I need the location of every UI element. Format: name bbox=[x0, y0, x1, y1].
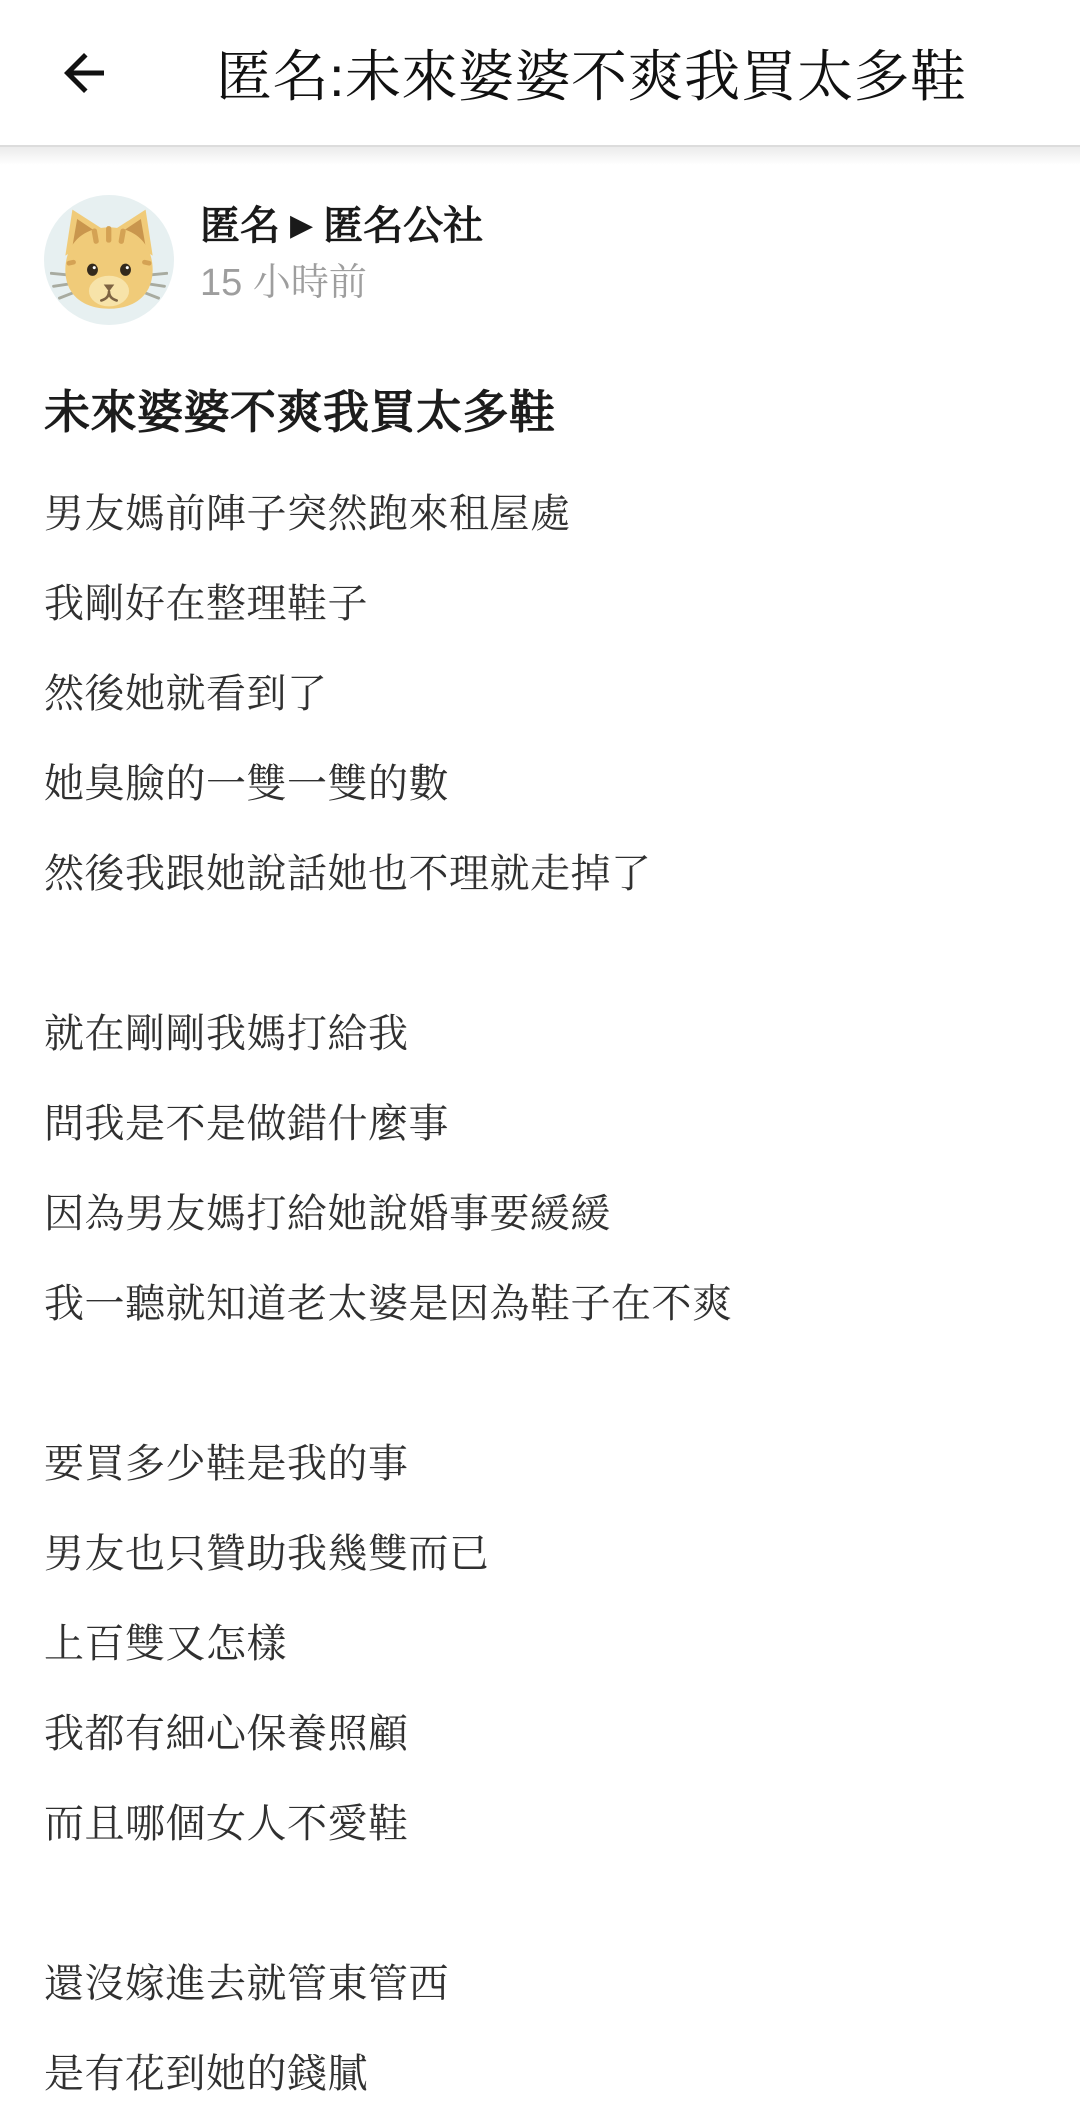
body-line: 因為男友媽打給她說婚事要緩緩 bbox=[44, 1169, 1036, 1259]
body-line: 就在剛剛我媽打給我 bbox=[44, 989, 1036, 1079]
author-name: 匿名 bbox=[200, 199, 280, 253]
body-line: 我一聽就知道老太婆是因為鞋子在不爽 bbox=[44, 1259, 1036, 1349]
breadcrumb-triangle-icon: ▶ bbox=[290, 199, 313, 253]
body-line: 男友媽前陣子突然跑來租屋處 bbox=[44, 469, 1036, 559]
body-line: 我都有細心保養照顧 bbox=[44, 1689, 1036, 1779]
paragraph: 要買多少鞋是我的事男友也只贊助我幾雙而已上百雙又怎樣我都有細心保養照顧而且哪個女… bbox=[44, 1419, 1036, 1869]
body-line: 男友也只贊助我幾雙而已 bbox=[44, 1509, 1036, 1599]
paragraph: 男友媽前陣子突然跑來租屋處我剛好在整理鞋子然後她就看到了她臭臉的一雙一雙的數然後… bbox=[44, 469, 1036, 919]
back-arrow-icon bbox=[54, 43, 114, 103]
body-line: 問我是不是做錯什麼事 bbox=[44, 1079, 1036, 1169]
avatar bbox=[44, 195, 174, 325]
post-body: 男友媽前陣子突然跑來租屋處我剛好在整理鞋子然後她就看到了她臭臉的一雙一雙的數然後… bbox=[44, 469, 1036, 2116]
body-line: 她臭臉的一雙一雙的數 bbox=[44, 739, 1036, 829]
app-bar: 匿名:未來婆婆不爽我買太多鞋 bbox=[0, 0, 1080, 147]
body-line: 上百雙又怎樣 bbox=[44, 1599, 1036, 1689]
post: 匿名 ▶ 匿名公社 15 小時前 未來婆婆不爽我買太多鞋 男友媽前陣子突然跑來租… bbox=[0, 165, 1080, 2116]
body-line: 我剛好在整理鞋子 bbox=[44, 559, 1036, 649]
post-header: 匿名 ▶ 匿名公社 15 小時前 bbox=[0, 165, 1080, 325]
body-line: 要買多少鞋是我的事 bbox=[44, 1419, 1036, 1509]
appbar-shadow bbox=[0, 147, 1080, 165]
page-title: 匿名:未來婆婆不爽我買太多鞋 bbox=[216, 33, 967, 113]
community-name: 匿名公社 bbox=[323, 199, 483, 253]
body-line: 而且哪個女人不愛鞋 bbox=[44, 1779, 1036, 1869]
author-community-line[interactable]: 匿名 ▶ 匿名公社 bbox=[200, 199, 483, 253]
post-meta: 匿名 ▶ 匿名公社 15 小時前 bbox=[200, 195, 483, 307]
back-button[interactable] bbox=[52, 41, 116, 105]
cat-face-icon bbox=[50, 199, 168, 325]
body-line: 是有花到她的錢膩 bbox=[44, 2029, 1036, 2116]
post-title: 未來婆婆不爽我買太多鞋 bbox=[44, 381, 1036, 443]
body-line: 還沒嫁進去就管東管西 bbox=[44, 1939, 1036, 2029]
body-line: 然後我跟她說話她也不理就走掉了 bbox=[44, 829, 1036, 919]
body-line: 然後她就看到了 bbox=[44, 649, 1036, 739]
paragraph: 還沒嫁進去就管東管西是有花到她的錢膩 bbox=[44, 1939, 1036, 2116]
post-timestamp: 15 小時前 bbox=[200, 259, 483, 307]
paragraph: 就在剛剛我媽打給我問我是不是做錯什麼事因為男友媽打給她說婚事要緩緩我一聽就知道老… bbox=[44, 989, 1036, 1349]
